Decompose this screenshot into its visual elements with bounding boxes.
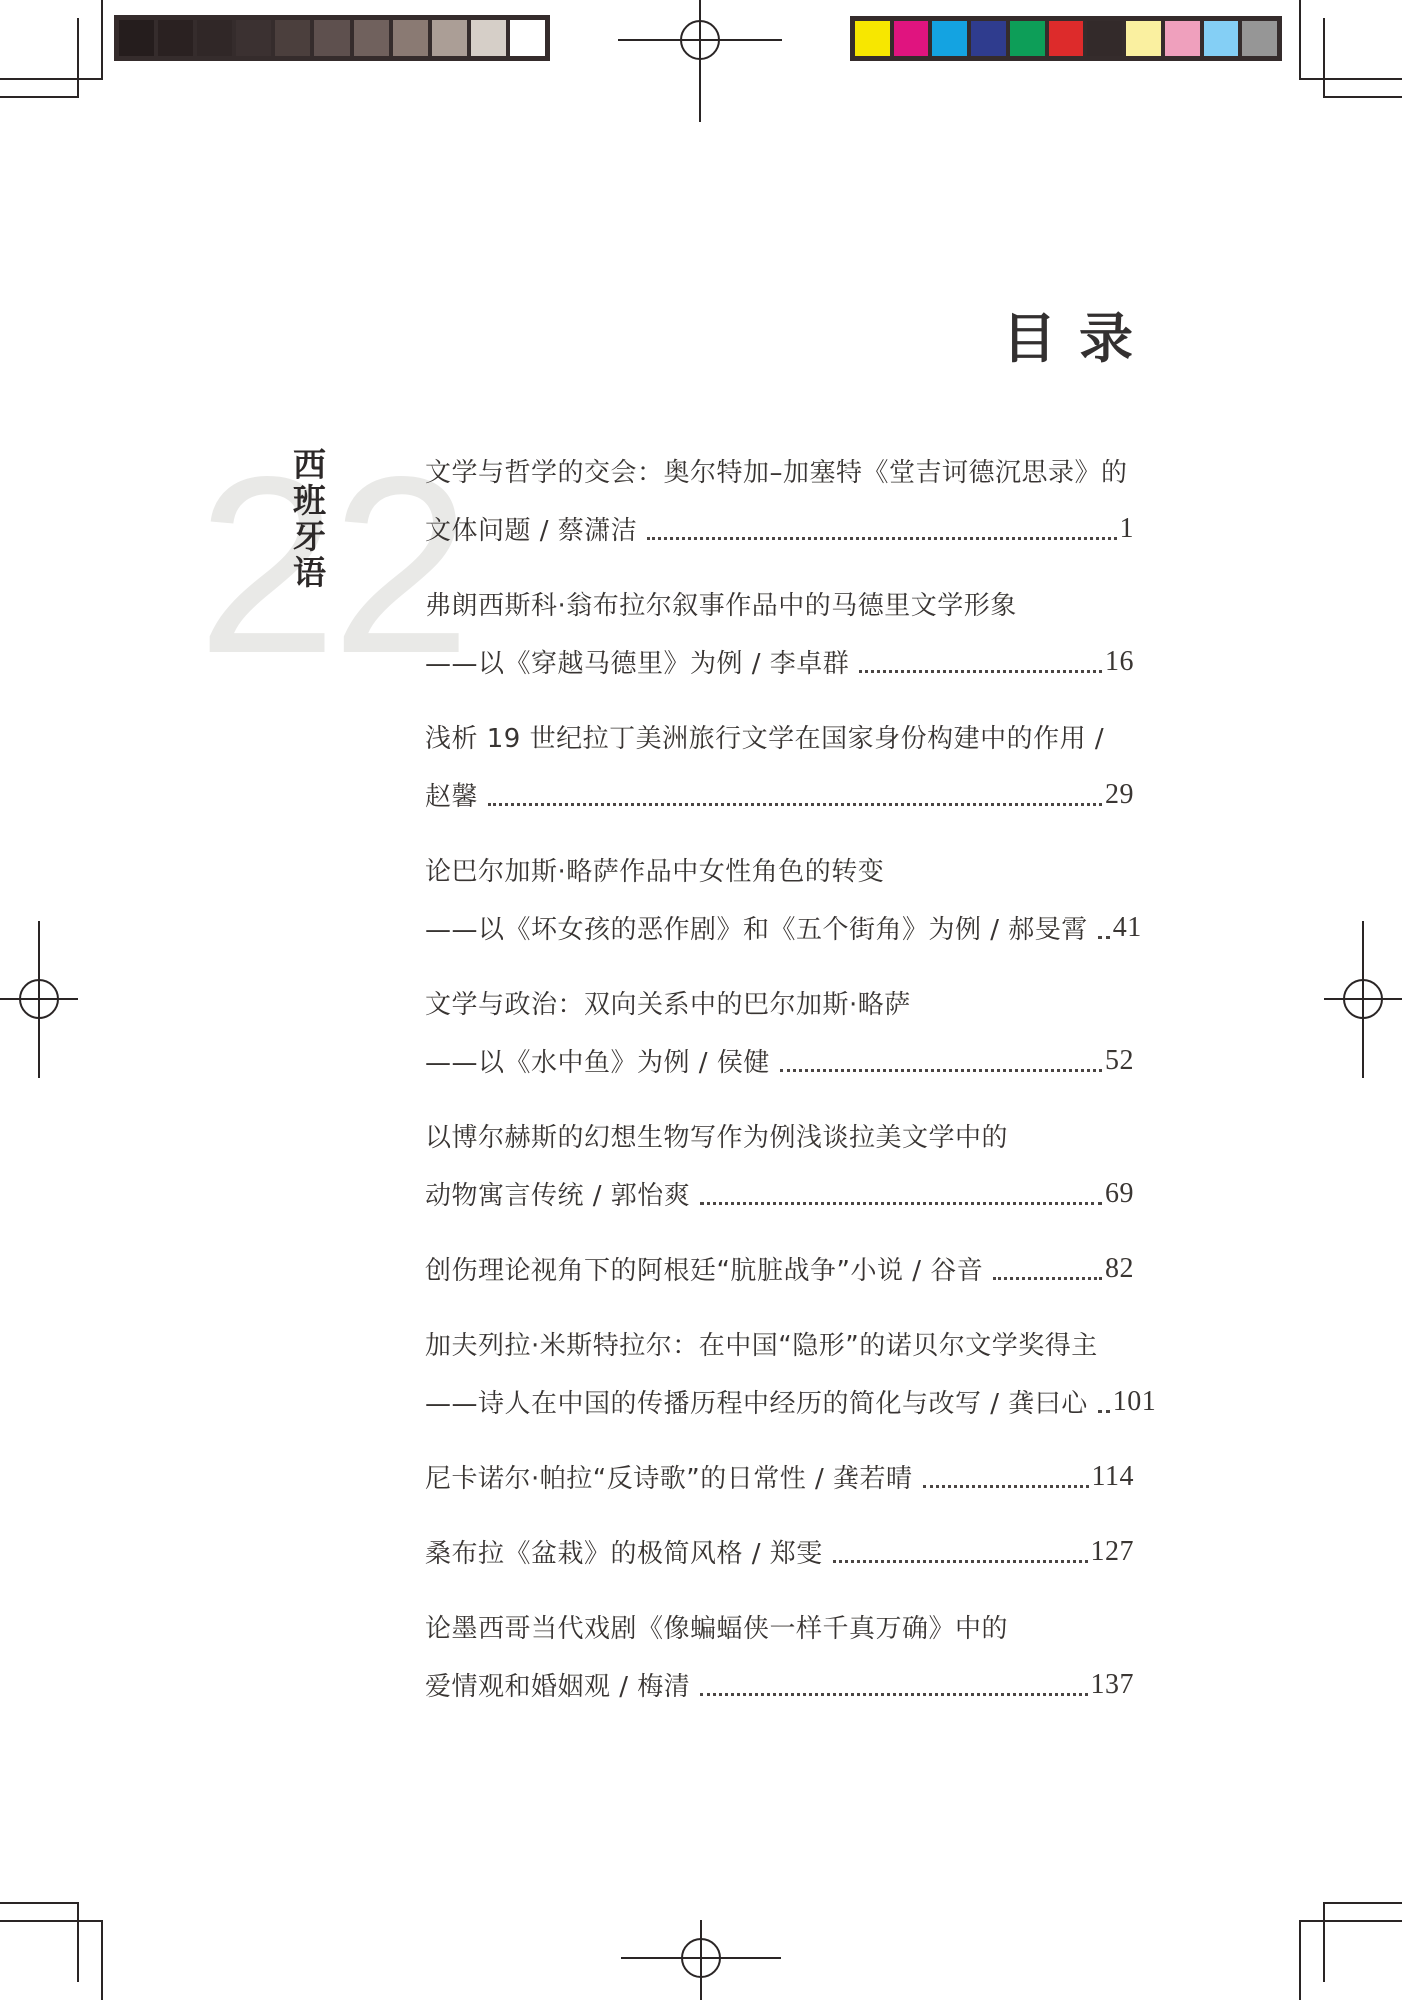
- toc-entry-subtitle: 赵馨: [425, 776, 478, 813]
- page-title: 目 录: [960, 296, 1135, 373]
- toc-entry-title: 以博尔赫斯的幻想生物写作为例浅谈拉美文学中的: [425, 1117, 1008, 1154]
- dot-leader: [859, 670, 1102, 673]
- trim-mark: [1299, 1920, 1301, 2000]
- dot-leader: [1098, 936, 1110, 939]
- trim-mark: [0, 78, 103, 80]
- page-number: 69: [1105, 1178, 1134, 1210]
- trim-mark: [1323, 1902, 1325, 1982]
- toc-entry-subtitle: ——以《穿越马德里》为例 / 李卓群: [425, 643, 849, 680]
- trim-mark: [77, 18, 79, 98]
- trim-mark: [1299, 1920, 1402, 1922]
- trim-mark: [1323, 96, 1402, 98]
- toc-entry: 浅析 19 世纪拉丁美洲旅行文学在国家身份构建中的作用 / 赵馨 29: [425, 707, 1134, 823]
- dot-leader: [833, 1560, 1088, 1563]
- trim-mark: [0, 1920, 103, 1922]
- trim-mark: [101, 0, 103, 80]
- trim-mark: [101, 1920, 103, 2000]
- toc-entry-subtitle: ——以《坏女孩的恶作剧》和《五个街角》为例 / 郝旻霄: [425, 909, 1088, 946]
- page-number: 29: [1105, 779, 1134, 811]
- dot-leader: [488, 803, 1102, 806]
- dot-leader: [647, 537, 1116, 540]
- trim-mark: [1299, 78, 1402, 80]
- dot-leader: [780, 1069, 1102, 1072]
- page-number: 1: [1120, 513, 1135, 545]
- color-swatch: [1204, 21, 1239, 56]
- grayscale-swatch: [354, 20, 389, 56]
- grayscale-swatch: [158, 20, 193, 56]
- toc-entry-title: 论巴尔加斯·略萨作品中女性角色的转变: [425, 851, 884, 888]
- toc-entry: 尼卡诺尔·帕拉“反诗歌”的日常性 / 龚若晴 114: [425, 1447, 1134, 1505]
- dot-leader: [700, 1202, 1102, 1205]
- toc-entry: 论墨西哥当代戏剧《像蝙蝠侠一样千真万确》中的 爱情观和婚姻观 / 梅清 137: [425, 1597, 1134, 1713]
- toc-entry: 论巴尔加斯·略萨作品中女性角色的转变 ——以《坏女孩的恶作剧》和《五个街角》为例…: [425, 840, 1134, 956]
- dot-leader: [700, 1693, 1087, 1696]
- trim-mark: [0, 96, 79, 98]
- page-number: 101: [1113, 1386, 1157, 1418]
- toc-entry-title: 桑布拉《盆栽》的极简风格 / 郑雯: [425, 1533, 823, 1570]
- grayscale-swatch: [197, 20, 232, 56]
- grayscale-swatch: [393, 20, 428, 56]
- toc-entry-title: 论墨西哥当代戏剧《像蝙蝠侠一样千真万确》中的: [425, 1608, 1008, 1645]
- color-swatch: [1049, 21, 1084, 56]
- toc-entry-title: 文学与哲学的交会：奥尔特加–加塞特《堂吉诃德沉思录》的: [425, 452, 1128, 489]
- page-number: 52: [1105, 1045, 1134, 1077]
- toc-entry: 文学与政治：双向关系中的巴尔加斯·略萨 ——以《水中鱼》为例 / 侯健 52: [425, 973, 1134, 1089]
- trim-mark: [77, 1902, 79, 1982]
- grayscale-calibration-bar: [114, 15, 550, 61]
- color-swatch: [1126, 21, 1161, 56]
- toc-entry-title: 文学与政治：双向关系中的巴尔加斯·略萨: [425, 984, 911, 1021]
- toc-entry: 加夫列拉·米斯特拉尔：在中国“隐形”的诺贝尔文学奖得主 ——诗人在中国的传播历程…: [425, 1314, 1134, 1430]
- toc-entry-subtitle: 文体问题 / 蔡潇洁: [425, 510, 637, 547]
- page-number: 41: [1113, 912, 1142, 944]
- toc-entry: 创伤理论视角下的阿根廷“肮脏战争”小说 / 谷音 82: [425, 1239, 1134, 1297]
- page-number: 82: [1105, 1253, 1134, 1285]
- color-swatch: [932, 21, 967, 56]
- color-swatch: [855, 21, 890, 56]
- color-swatch: [894, 21, 929, 56]
- table-of-contents: 文学与哲学的交会：奥尔特加–加塞特《堂吉诃德沉思录》的 文体问题 / 蔡潇洁 1…: [425, 441, 1134, 1730]
- page-number: 127: [1091, 1536, 1135, 1568]
- page-number: 16: [1105, 646, 1134, 678]
- grayscale-swatch: [471, 20, 506, 56]
- toc-entry-title: 创伤理论视角下的阿根廷“肮脏战争”小说 / 谷音: [425, 1250, 983, 1287]
- toc-entry-subtitle: ——以《水中鱼》为例 / 侯健: [425, 1042, 770, 1079]
- trim-mark: [1299, 0, 1301, 80]
- toc-entry-subtitle: ——诗人在中国的传播历程中经历的简化与改写 / 龚曰心: [425, 1383, 1088, 1420]
- color-swatch: [1010, 21, 1045, 56]
- grayscale-swatch: [236, 20, 271, 56]
- color-swatch: [971, 21, 1006, 56]
- grayscale-swatch: [119, 20, 154, 56]
- color-swatch: [1165, 21, 1200, 56]
- grayscale-swatch: [432, 20, 467, 56]
- toc-entry-title: 加夫列拉·米斯特拉尔：在中国“隐形”的诺贝尔文学奖得主: [425, 1325, 1098, 1362]
- color-swatch: [1087, 21, 1122, 56]
- page-number: 114: [1092, 1461, 1134, 1493]
- color-calibration-bar: [850, 16, 1282, 61]
- toc-entry: 弗朗西斯科·翁布拉尔叙事作品中的马德里文学形象 ——以《穿越马德里》为例 / 李…: [425, 574, 1134, 690]
- trim-mark: [1323, 18, 1325, 98]
- trim-mark: [1323, 1902, 1402, 1904]
- toc-entry-title: 浅析 19 世纪拉丁美洲旅行文学在国家身份构建中的作用 /: [425, 718, 1104, 755]
- print-proof-page: 目 录 22 西班牙语 文学与哲学的交会：奥尔特加–加塞特《堂吉诃德沉思录》的 …: [0, 0, 1402, 2000]
- page-number: 137: [1091, 1669, 1135, 1701]
- series-label: 西班牙语: [284, 447, 331, 591]
- toc-entry-title: 弗朗西斯科·翁布拉尔叙事作品中的马德里文学形象: [425, 585, 1017, 622]
- dot-leader: [993, 1277, 1102, 1280]
- grayscale-swatch: [275, 20, 310, 56]
- dot-leader: [1098, 1410, 1110, 1413]
- toc-entry-subtitle: 爱情观和婚姻观 / 梅清: [425, 1666, 690, 1703]
- trim-mark: [0, 1902, 79, 1904]
- grayscale-swatch: [314, 20, 349, 56]
- toc-entry: 以博尔赫斯的幻想生物写作为例浅谈拉美文学中的 动物寓言传统 / 郭怡爽 69: [425, 1106, 1134, 1222]
- toc-entry-title: 尼卡诺尔·帕拉“反诗歌”的日常性 / 龚若晴: [425, 1458, 913, 1495]
- toc-entry: 桑布拉《盆栽》的极简风格 / 郑雯 127: [425, 1522, 1134, 1580]
- grayscale-swatch: [510, 20, 545, 56]
- color-swatch: [1242, 21, 1277, 56]
- toc-entry-subtitle: 动物寓言传统 / 郭怡爽: [425, 1175, 690, 1212]
- toc-entry: 文学与哲学的交会：奥尔特加–加塞特《堂吉诃德沉思录》的 文体问题 / 蔡潇洁 1: [425, 441, 1134, 557]
- dot-leader: [923, 1485, 1089, 1488]
